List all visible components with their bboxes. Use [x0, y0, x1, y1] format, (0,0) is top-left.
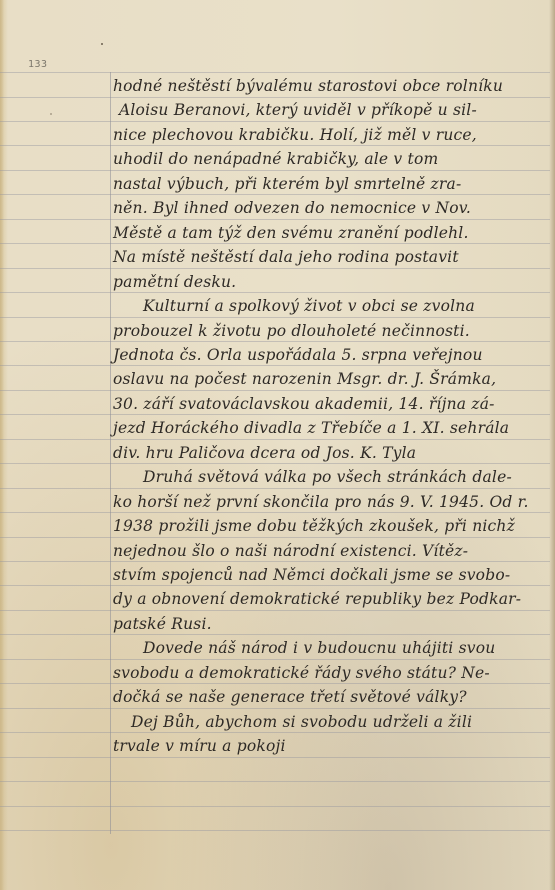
handwritten-line: Na místě neštěstí dala jeho rodina posta… — [113, 245, 459, 270]
paper-speck — [50, 113, 52, 115]
ruled-line — [0, 292, 550, 293]
handwritten-line: Jednota čs. Orla uspořádala 5. srpna veř… — [113, 343, 483, 368]
handwritten-line: 1938 prožili jsme dobu těžkých zkoušek, … — [113, 514, 515, 539]
handwritten-line: Městě a tam týž den svému zranění podleh… — [113, 221, 469, 246]
handwritten-line: oslavu na počest narozenin Msgr. dr. J. … — [113, 367, 496, 392]
handwritten-line: Aloisu Beranovi, který uviděl v příkopě … — [119, 98, 477, 123]
chronicle-page: 133 hodné neštěstí bývalému starostovi o… — [0, 0, 555, 890]
handwritten-line: patské Rusi. — [113, 612, 212, 637]
handwritten-line: 30. září svatováclavskou akademii, 14. ř… — [113, 392, 495, 417]
ruled-line — [0, 806, 550, 807]
handwritten-line: Druhá světová válka po všech stránkách d… — [143, 465, 512, 490]
page-number: 133 — [28, 59, 48, 70]
handwritten-line: dočká se naše generace třetí světové vál… — [113, 685, 467, 710]
handwritten-line: pamětní desku. — [113, 270, 236, 295]
margin-line — [110, 72, 111, 834]
handwritten-line: nejednou šlo o naši národní existenci. V… — [113, 539, 468, 564]
handwritten-line: svobodu a demokratické řády svého státu?… — [113, 661, 490, 686]
handwritten-line: Dovede náš národ i v budoucnu uhájiti sv… — [143, 636, 495, 661]
ruled-line — [0, 634, 550, 635]
handwritten-line: dy a obnovení demokratické republiky bez… — [113, 587, 521, 612]
handwritten-line: uhodil do nenápadné krabičky, ale v tom — [113, 147, 438, 172]
handwritten-line: stvím spojenců nad Němci dočkali jsme se… — [113, 563, 510, 588]
paper-speck — [101, 43, 103, 45]
handwritten-line: div. hru Paličova dcera od Jos. K. Tyla — [113, 441, 416, 466]
handwritten-line: probouzel k životu po dlouholeté nečinno… — [113, 319, 470, 344]
handwritten-line: Kulturní a spolkový život v obci se zvol… — [143, 294, 475, 319]
handwritten-line: Dej Bůh, abychom si svobodu udrželi a ži… — [131, 710, 472, 735]
handwritten-line: nastal výbuch, při kterém byl smrtelně z… — [113, 172, 461, 197]
ruled-line — [0, 72, 550, 73]
ruled-line — [0, 830, 550, 831]
ruled-line — [0, 781, 550, 782]
handwritten-line: nice plechovou krabičku. Holí, již měl v… — [113, 123, 477, 148]
handwritten-line: hodné neštěstí bývalému starostovi obce … — [113, 74, 503, 99]
handwritten-line: něn. Byl ihned odvezen do nemocnice v No… — [113, 196, 471, 221]
handwritten-line: ko horší než první skončila pro nás 9. V… — [113, 490, 529, 515]
handwritten-line: trvale v míru a pokoji — [113, 734, 286, 759]
handwritten-line: jezd Horáckého divadla z Třebíče a 1. XI… — [113, 416, 509, 441]
